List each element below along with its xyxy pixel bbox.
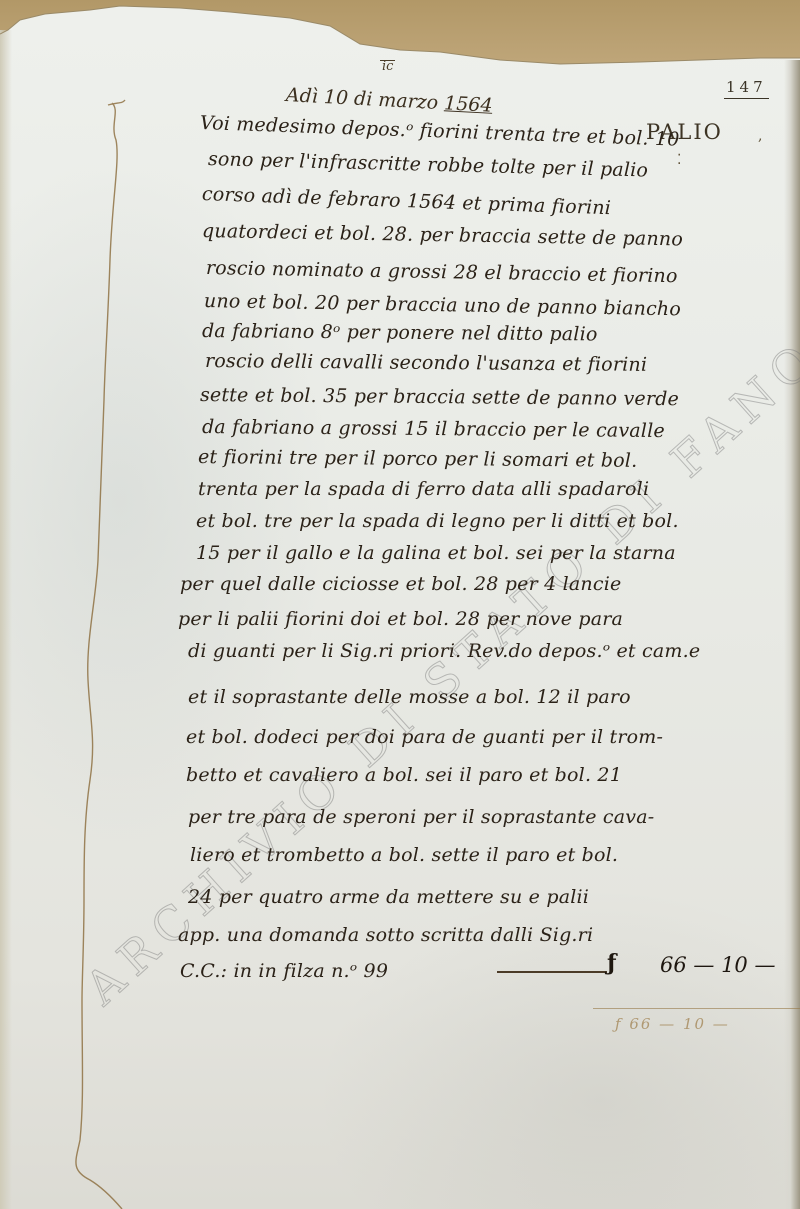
entry-line: 24 per quatro arme da mettere su e palii — [188, 886, 589, 908]
entry-line: corso adì de febraro 1564 et prima fiori… — [202, 183, 612, 219]
pencil-total: ƒ 66 — 10 — — [615, 1015, 730, 1033]
total-rule — [497, 971, 607, 973]
entry-line: sette et bol. 35 per braccia sette de pa… — [200, 384, 679, 410]
ink-total: 66 — 10 — — [660, 953, 775, 977]
entry-line: app. una domanda sotto scritta dalli Sig… — [178, 924, 593, 946]
entry-line: per quel dalle ciciosse et bol. 28 per 4… — [180, 573, 621, 595]
entry-line: liero et trombetto a bol. sette il paro … — [190, 844, 618, 866]
entry-line: Voi medesimo depos.ᵒ fiorini trenta tre … — [200, 112, 680, 151]
entry-line: et il soprastante delle mosse a bol. 12 … — [188, 686, 631, 708]
florin-symbol: ƒ — [607, 950, 616, 976]
entry-line: roscio nominato a grossi 28 el braccio e… — [206, 257, 678, 287]
entry-line: et bol. tre per la spada di legno per li… — [196, 510, 679, 532]
entry-line: da fabriano 8ᵒ per ponere nel ditto pali… — [202, 320, 598, 345]
entry-line: da fabriano a grossi 15 il braccio per l… — [202, 416, 665, 442]
entry-line: per li palii fiorini doi et bol. 28 per … — [178, 608, 623, 630]
entry-line: 15 per il gallo e la galina et bol. sei … — [196, 542, 676, 564]
entry-line: trenta per la spada di ferro data alli s… — [198, 478, 649, 500]
pencil-rule — [593, 1008, 800, 1009]
entry-line: roscio delli cavalli secondo l'usanza et… — [205, 350, 647, 376]
entry-line: betto et cavaliero a bol. sei il paro et… — [186, 764, 622, 786]
entry-line: di guanti per li Sig.ri priori. Rev.do d… — [188, 640, 700, 662]
entry-line: et bol. dodeci per doi para de guanti pe… — [186, 726, 663, 748]
entry-line: et fiorini tre per il porco per li somar… — [198, 446, 638, 472]
entry-line: sono per l'infrascritte robbe tolte per … — [208, 148, 649, 182]
entry-line: per tre para de speroni per il soprastan… — [188, 806, 654, 828]
entry-line: C.C.: in in filza n.ᵒ 99 — [180, 960, 388, 982]
entry-line: quatordeci et bol. 28. per braccia sette… — [202, 220, 683, 250]
entry-line: uno et bol. 20 per braccia uno de panno … — [204, 290, 681, 320]
